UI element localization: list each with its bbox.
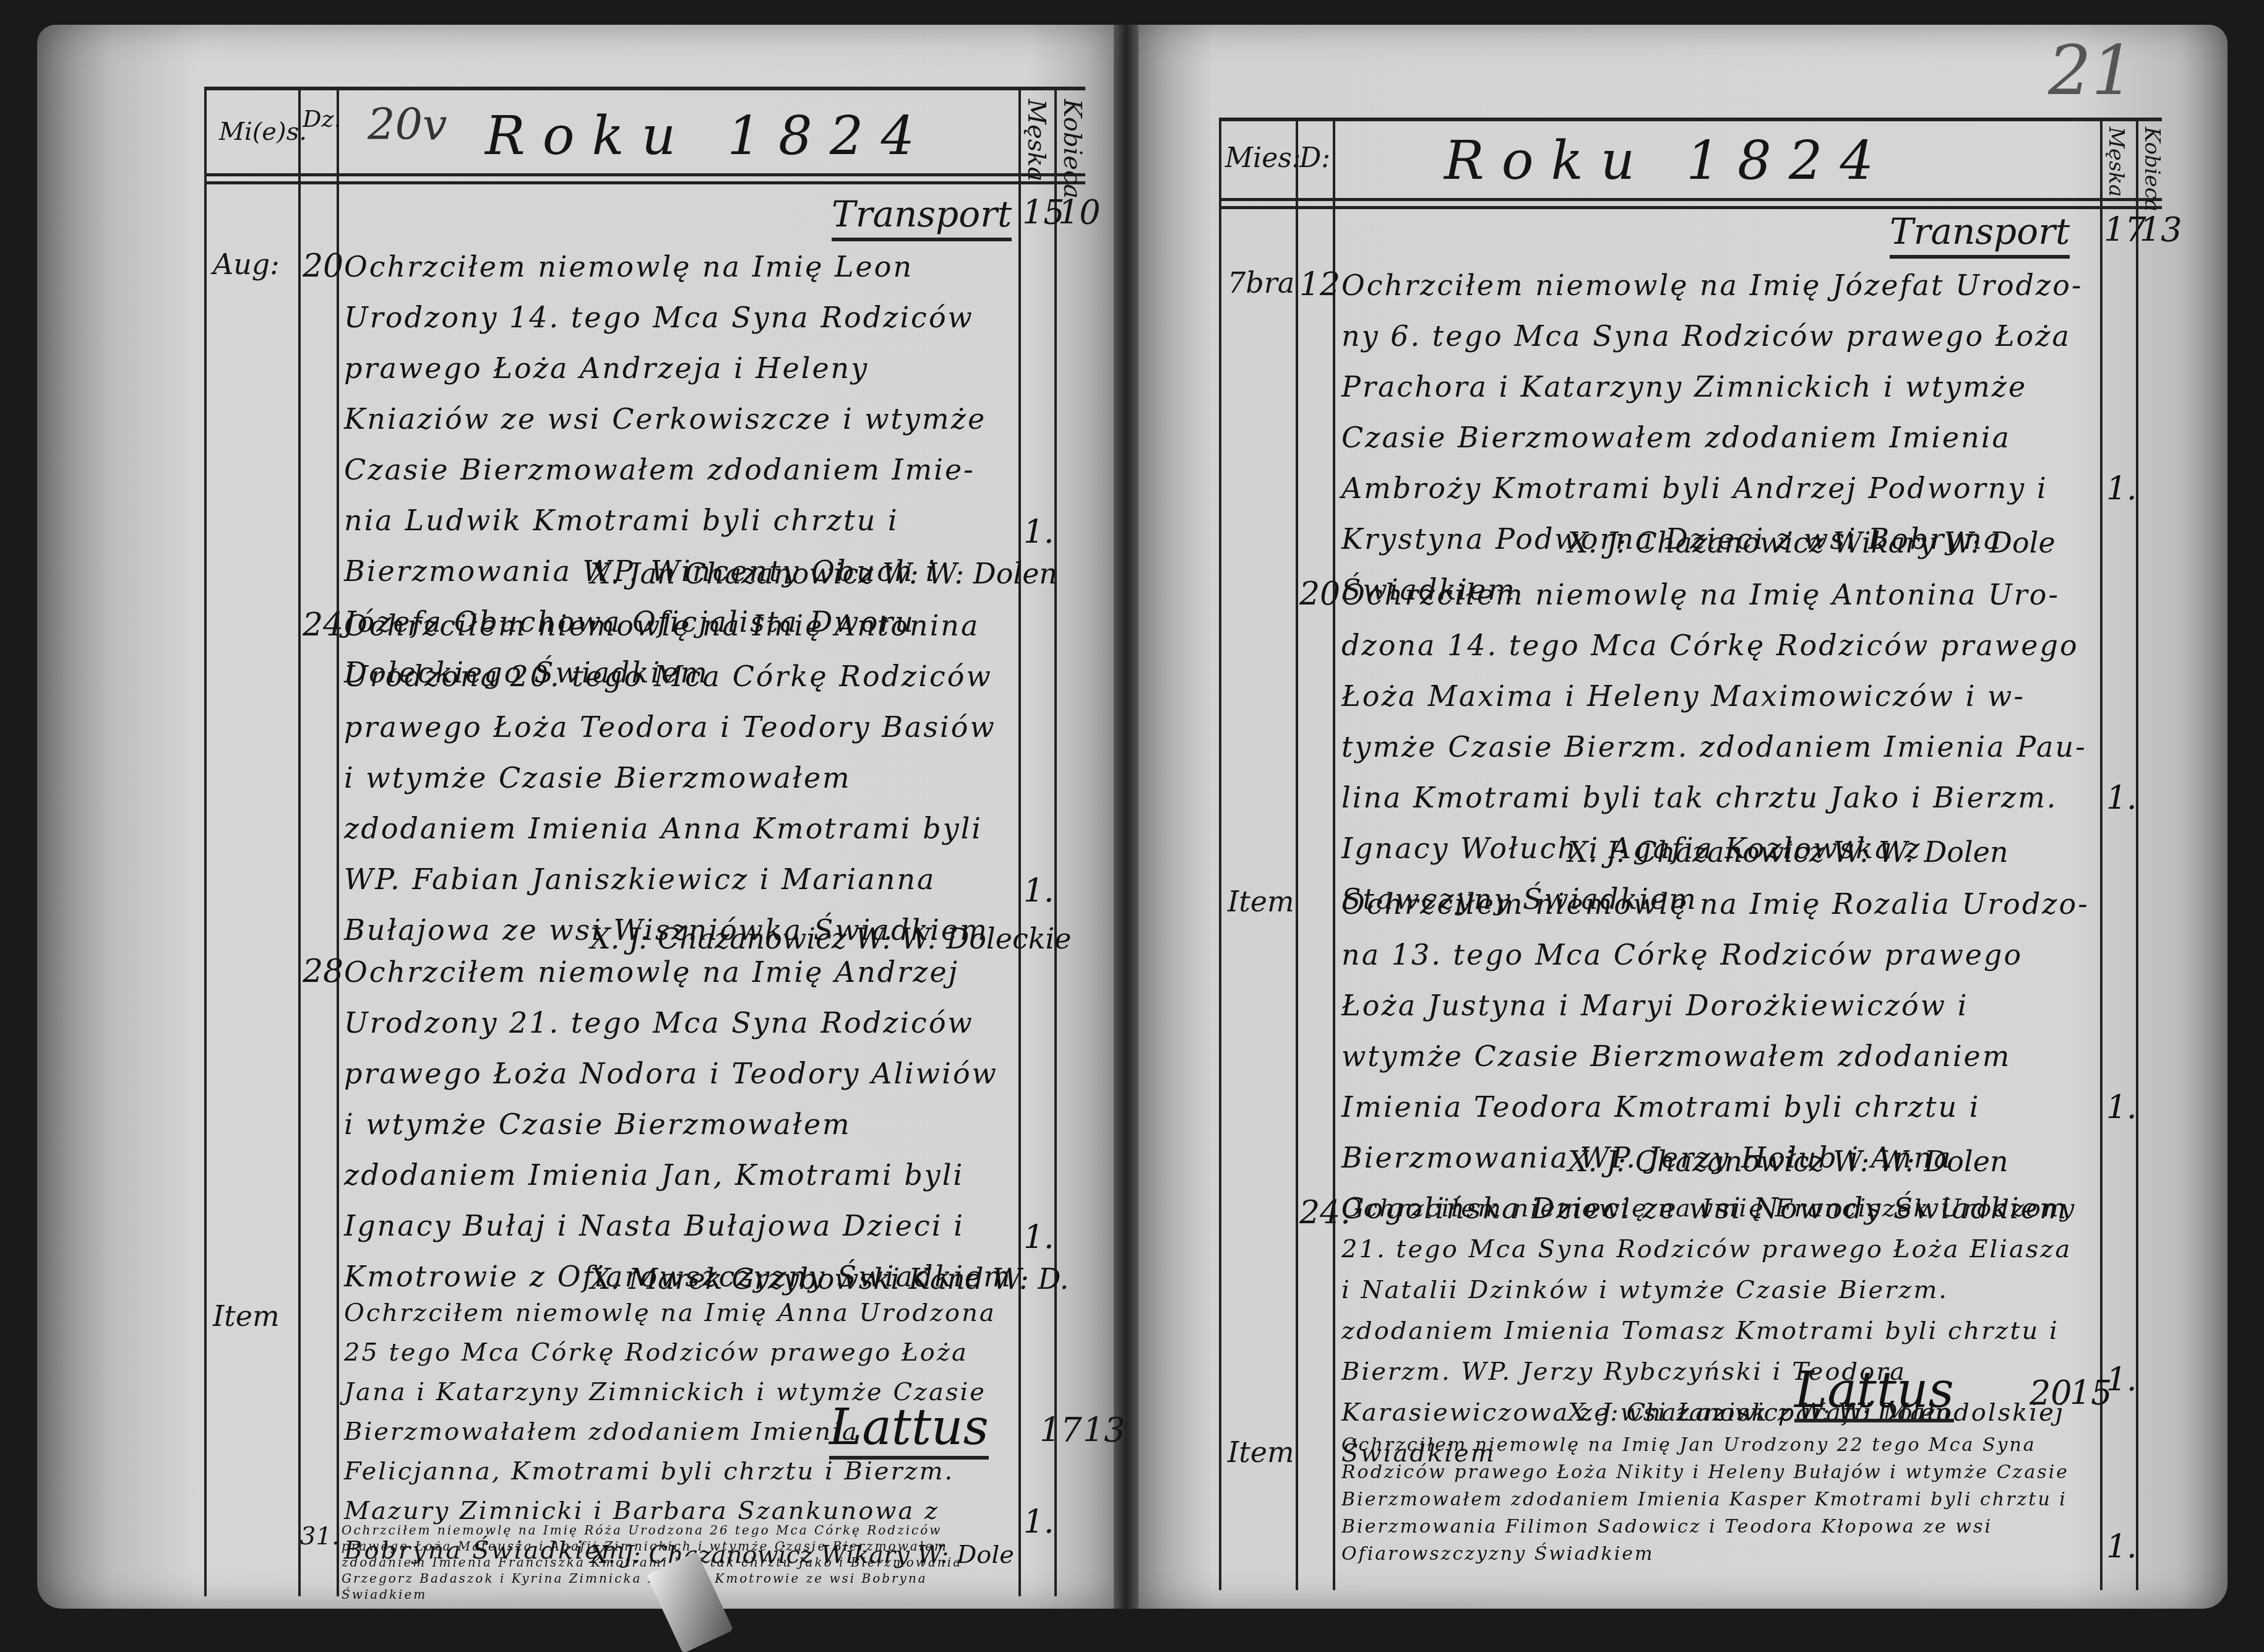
text-column-rule: [1333, 118, 1335, 1590]
col-header-female: Kobieca: [2140, 127, 2164, 212]
transport-female-count: 13: [2140, 210, 2182, 249]
entry-text: Ochrzciłem niemowlę na Imię Rozalia Urod…: [1341, 879, 2090, 1234]
entry-text: Ochrzciłem niemowlę na Imię Józefat Urod…: [1341, 260, 2090, 615]
entry-count-mark: 1.: [2106, 470, 2137, 507]
entry-day: 31.: [300, 1522, 340, 1551]
col-header-day: D:: [1299, 142, 1330, 174]
entry-month: 7bra: [1228, 266, 1294, 299]
summa-female-count: 13: [1083, 1411, 1126, 1450]
entry-month: Item: [1228, 1435, 1294, 1469]
entry-day: 20: [1299, 575, 1340, 613]
entry-signature: X. J: Chazanowicz W: W: Dolen: [1568, 1145, 2008, 1178]
col-header-male: Męska: [2104, 127, 2128, 197]
header-bottom-rule: [1221, 198, 2162, 209]
left-summa-row: Lattus 17 13: [829, 1398, 1138, 1460]
baptism-entry: 31. Ochrzciłem niemowlę na Imię Róża Uro…: [204, 1522, 1083, 1609]
transport-label: Transport: [1890, 210, 2070, 259]
entry-count-mark: 1.: [2106, 780, 2137, 817]
summa-male-count: 17: [1039, 1411, 1082, 1450]
entry-signature: X. J: Chazanowicz Wikary W: Dole: [1568, 526, 2055, 559]
entry-text: Ochrzciłem niemowlę na Imię Franciszek U…: [1341, 1188, 2090, 1474]
entry-count-mark: 1.: [2106, 1528, 2137, 1565]
summa-label: Lattus: [1794, 1361, 1954, 1422]
header-top-rule: [1221, 118, 2162, 121]
page-title: Roku 1824: [1444, 130, 1891, 192]
summa-female-count: 15: [2070, 1374, 2112, 1413]
right-summa-row: Lattus 20 15: [1794, 1361, 2104, 1423]
entry-day: 12: [1299, 266, 1340, 303]
left-page: Mi(e)s. Dz. 20v Roku 1824 Męska Kobieca …: [37, 25, 1114, 1609]
book-gutter: [1114, 25, 1138, 1609]
day-column-rule: [1296, 118, 1298, 1590]
entry-signature: X. J: Chazanowicz W: W: Dolen: [1568, 835, 2008, 869]
entry-month: Item: [1228, 885, 1294, 918]
col-header-month: Mies:: [1225, 142, 1301, 174]
left-page-overflow-note: [37, 25, 1114, 1609]
entry-text: Ochrzciłem niemowlę na Imię Jan Urodzony…: [1341, 1432, 2090, 1568]
entry-text: Ochrzciłem niemowlę na Imię Antonina Uro…: [1341, 569, 2090, 924]
folio-number: 21: [2048, 31, 2135, 110]
summa-male-count: 20: [2029, 1374, 2072, 1413]
summa-label: Lattus: [829, 1398, 989, 1460]
entry-count-mark: 1.: [2106, 1089, 2137, 1126]
